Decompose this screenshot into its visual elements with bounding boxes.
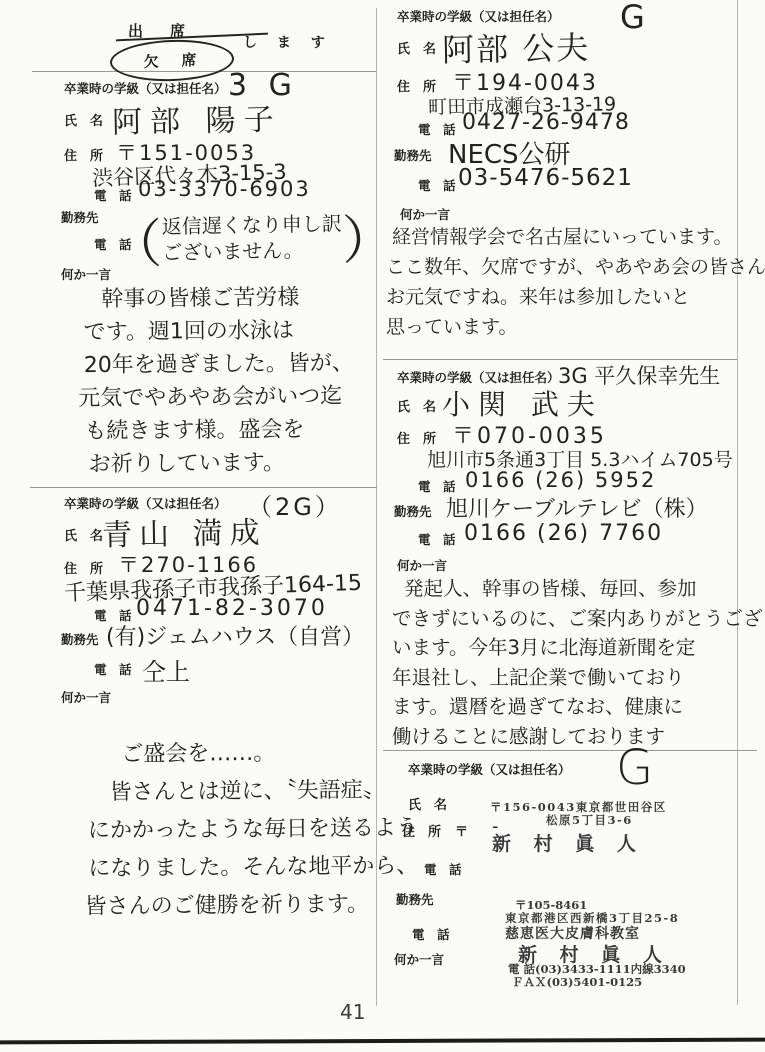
- name-value-left1: 阿部 陽子: [112, 95, 282, 142]
- absent-option-circle: 欠 席: [109, 38, 234, 83]
- work-value-right2: 旭川ケーブルテレビ（株）: [446, 492, 708, 523]
- comment-left2: ご盛会を……。 皆さんとは逆に、〝失語症〟 にかかったような毎日を送るよう にな…: [83, 734, 419, 927]
- comment-line: も続きます様。盛会を: [84, 413, 354, 448]
- comment-line: です。週1回の水泳は: [83, 314, 353, 349]
- phone-value-right2: 0166 (26) 5952: [465, 468, 656, 492]
- comment-line: ます。還暦を過ぎてなお、健康に: [392, 692, 763, 722]
- class-label-right3: 卒業時の学級（又は担任名）: [408, 760, 571, 778]
- work-phone-label-right3: 電 話: [412, 925, 450, 943]
- handwritten-apology-note: （ 返信遅くなり申し訳 ございません。 ）: [109, 198, 394, 278]
- work-stamp-fax: ＦＡＸ(03)5401-0125: [512, 974, 642, 990]
- work-label-right2: 勤務先: [394, 502, 432, 520]
- name-label-right3: 氏 名: [408, 794, 447, 813]
- work-phone-label-right2: 電 話: [418, 530, 456, 548]
- work-label-left2: 勤務先: [61, 630, 99, 648]
- absent-option: 欠 席: [143, 49, 201, 72]
- address-label-right3: 住 所: [402, 821, 441, 840]
- work-label-left1: 勤務先: [61, 208, 99, 226]
- class-value-right3: G: [616, 740, 653, 796]
- comment-right1: 経営情報学会で名古屋にいっています。 ここ数年、欠席ですが、やあやあ会の皆さんは…: [386, 222, 765, 342]
- address-label-left1: 住 所: [64, 145, 103, 164]
- phone-value-right1: 0427-26-9478: [462, 110, 630, 135]
- name-label-left1: 氏 名: [64, 110, 103, 129]
- comment-line: になりました。そんな地平から、: [88, 848, 418, 889]
- comment-line: 発起人、幹事の皆様、毎回、参加: [404, 574, 763, 604]
- page-edge-line: [737, 0, 738, 1005]
- comment-label-right3: 何か一言: [394, 950, 444, 968]
- note-open-paren: （: [109, 202, 162, 278]
- class-label-left1: 卒業時の学級（又は担任名）: [64, 79, 227, 97]
- comment-line: 経営情報学会で名古屋にいっています。: [392, 222, 765, 252]
- comment-line: ご盛会を……。: [121, 734, 417, 775]
- class-label-right1: 卒業時の学級（又は担任名）: [397, 7, 560, 25]
- home-stamp-name: 新 村 眞 人: [492, 829, 644, 856]
- comment-right2: 発起人、幹事の皆様、毎回、参加 できずにいるのに、ご案内ありがとうござ います。…: [392, 574, 763, 751]
- comment-line: 20年を過ぎました。皆が、: [84, 347, 354, 382]
- comment-line: 皆さんとは逆に、〝失語症〟: [110, 772, 418, 813]
- name-value-right2: 小関 武夫: [442, 383, 603, 423]
- comment-line: 思っています。: [386, 312, 765, 342]
- work-phone-value-right2: 0166 (26) 7760: [464, 521, 663, 546]
- work-phone-label-left2: 電 話: [94, 660, 132, 678]
- attendance-suffix: し ま す: [243, 32, 333, 52]
- comment-line: います。今年3月に北海道新聞を定: [392, 633, 763, 663]
- note-line-2: ございません。: [162, 236, 342, 265]
- name-label-right2: 氏 名: [397, 396, 436, 415]
- work-label-right1: 勤務先: [394, 146, 432, 164]
- comment-line: 年退社し、上記企業で働いており: [392, 663, 763, 693]
- class-value-right1: G: [620, 0, 645, 36]
- postal-mark-right3: 〒: [455, 821, 468, 840]
- work-value-left2: (有)ジェムハウス（自営）: [106, 620, 364, 651]
- comment-label-right2: 何か一言: [397, 556, 447, 574]
- scanned-reunion-form-page: 出 席 欠 席 し ま す 卒業時の学級（又は担任名） 3 G 氏 名 阿部 陽…: [0, 0, 765, 1052]
- comment-line: ここ数年、欠席ですが、やあやあ会の皆さんは: [386, 252, 765, 282]
- comment-left1: 幹事の皆様ご苦労様 です。週1回の水泳は 20年を過ぎました。皆が、 元気でやあ…: [83, 281, 355, 481]
- phone-value-left2: 0471-82-3070: [136, 596, 328, 621]
- comment-line: お祈りしています。: [89, 446, 355, 481]
- name-value-left2: 青山 満成: [102, 508, 267, 555]
- work-phone-label-right1: 電 話: [418, 176, 456, 194]
- comment-label-left2: 何か一言: [61, 688, 111, 706]
- work-label-right3: 勤務先: [396, 890, 434, 908]
- comment-line: 幹事の皆様ご苦労様: [101, 281, 353, 316]
- comment-label-right1: 何か一言: [400, 205, 450, 223]
- comment-line: お元気ですね。来年は参加したいと: [386, 282, 765, 312]
- work-phone-value-right1: 03-5476-5621: [458, 165, 633, 191]
- scan-edge-bar: [0, 1038, 765, 1045]
- work-phone-value-left2: 仝上: [142, 652, 190, 687]
- comment-line: 皆さんのご健勝を祈ります。: [85, 886, 419, 927]
- name-value-right1: 阿部 公夫: [442, 23, 591, 72]
- comment-label-left1: 何か一言: [61, 265, 111, 283]
- comment-line: にかかったような毎日を送るよう: [88, 810, 418, 851]
- name-label-left2: 氏 名: [64, 525, 103, 544]
- phone-value-left1: 03-3370-6903: [138, 177, 311, 201]
- comment-line: できずにいるのに、ご案内ありがとうござ: [392, 604, 763, 634]
- comment-line: 元気でやあやあ会がいつ迄: [78, 380, 354, 415]
- note-line-1: 返信遅くなり申し訳: [162, 210, 342, 239]
- phone-label-right3: 電 話: [424, 860, 462, 878]
- name-label-right1: 氏 名: [397, 38, 436, 57]
- home-stamp-address-line2: 松原5丁目3-6: [546, 812, 633, 828]
- page-number: 41: [340, 1000, 365, 1024]
- comment-line: 働けることに感謝しております: [392, 722, 763, 752]
